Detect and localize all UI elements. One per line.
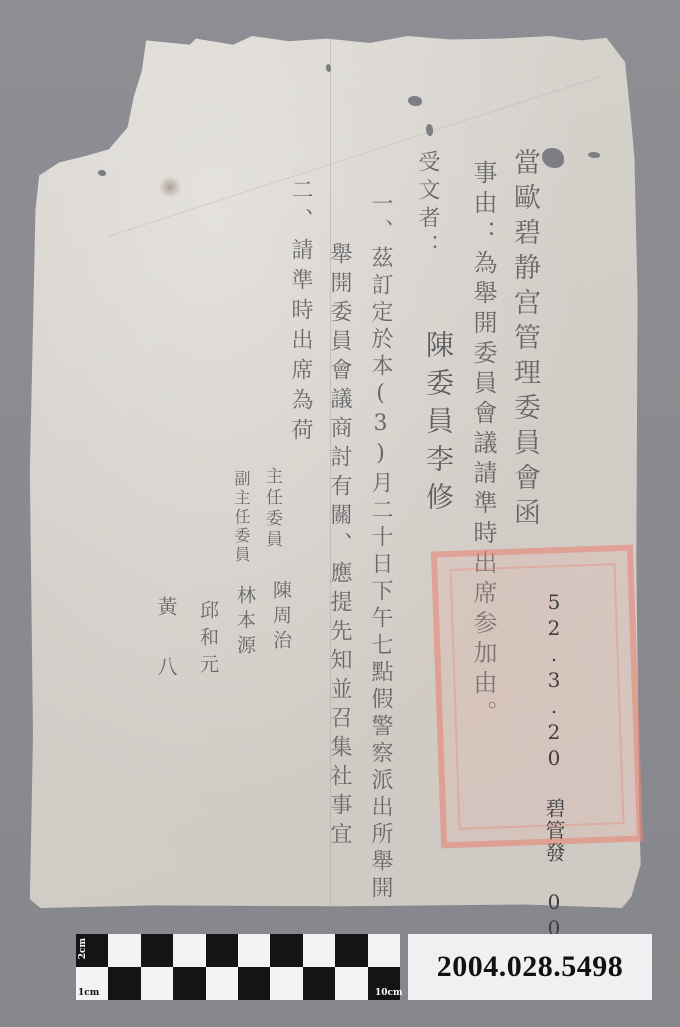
serial-number: 52.3.20 碧管發 007號 bbox=[540, 590, 569, 990]
scale-label-1cm: 1cm bbox=[78, 988, 99, 998]
letter-body-item-2: 二、請準時出席為荷 bbox=[285, 178, 316, 448]
accession-number-label: 2004.028.5498 bbox=[408, 934, 652, 1000]
scale-square bbox=[238, 934, 270, 967]
chairman-title: 主任委員 bbox=[260, 467, 285, 551]
paper-hole bbox=[588, 152, 600, 158]
vice-chairman-name-2: 邱和元 bbox=[195, 600, 222, 681]
stain-mark bbox=[158, 176, 182, 198]
scale-square bbox=[303, 967, 335, 1000]
letter-recipient-label: 受文者： bbox=[412, 150, 443, 262]
signatory-fragment: 黃八 bbox=[152, 596, 181, 716]
scale-square bbox=[206, 934, 238, 967]
scale-square bbox=[270, 967, 302, 1000]
scale-square bbox=[173, 967, 205, 1000]
recipient-signature: 陳委員李修 bbox=[418, 330, 458, 520]
scale-label-2cm: 2cm bbox=[78, 938, 88, 959]
scale-square bbox=[108, 967, 140, 1000]
scale-square bbox=[141, 967, 173, 1000]
scale-square bbox=[368, 934, 400, 967]
paper-hole bbox=[542, 148, 564, 168]
vice-chairman-name: 林本源 bbox=[232, 585, 259, 660]
paper-hole bbox=[408, 96, 422, 106]
signatory-char-2: 八 bbox=[154, 656, 178, 716]
scale-square bbox=[141, 934, 173, 967]
paper-hole bbox=[426, 124, 433, 136]
scale-square bbox=[173, 934, 205, 967]
scale-square bbox=[238, 967, 270, 1000]
scale-square bbox=[335, 967, 367, 1000]
letter-body-item-1-cont: 舉開委員會議商討有關、應提先知並召集社事宜 bbox=[324, 242, 355, 851]
paper-hole bbox=[98, 170, 106, 176]
scale-label-10cm: 10cm bbox=[375, 988, 403, 998]
vice-chairman-title: 副主任委員 bbox=[230, 470, 253, 565]
scale-bar bbox=[76, 934, 400, 1000]
scale-square bbox=[108, 934, 140, 967]
scale-square bbox=[335, 934, 367, 967]
paper-hole bbox=[326, 64, 331, 72]
scale-square bbox=[303, 934, 335, 967]
signatory-char-1: 黃 bbox=[154, 596, 178, 656]
scale-square bbox=[206, 967, 238, 1000]
letter-heading: 當歐碧静宫管理委員會函 bbox=[505, 148, 544, 533]
letter-body-item-1: 一、茲訂定於本(3)月二十日下午七點假警察派出所舉開 bbox=[365, 192, 396, 903]
red-seal-stamp bbox=[431, 545, 643, 849]
chairman-name: 陳周治 bbox=[268, 580, 295, 655]
scale-square bbox=[270, 934, 302, 967]
